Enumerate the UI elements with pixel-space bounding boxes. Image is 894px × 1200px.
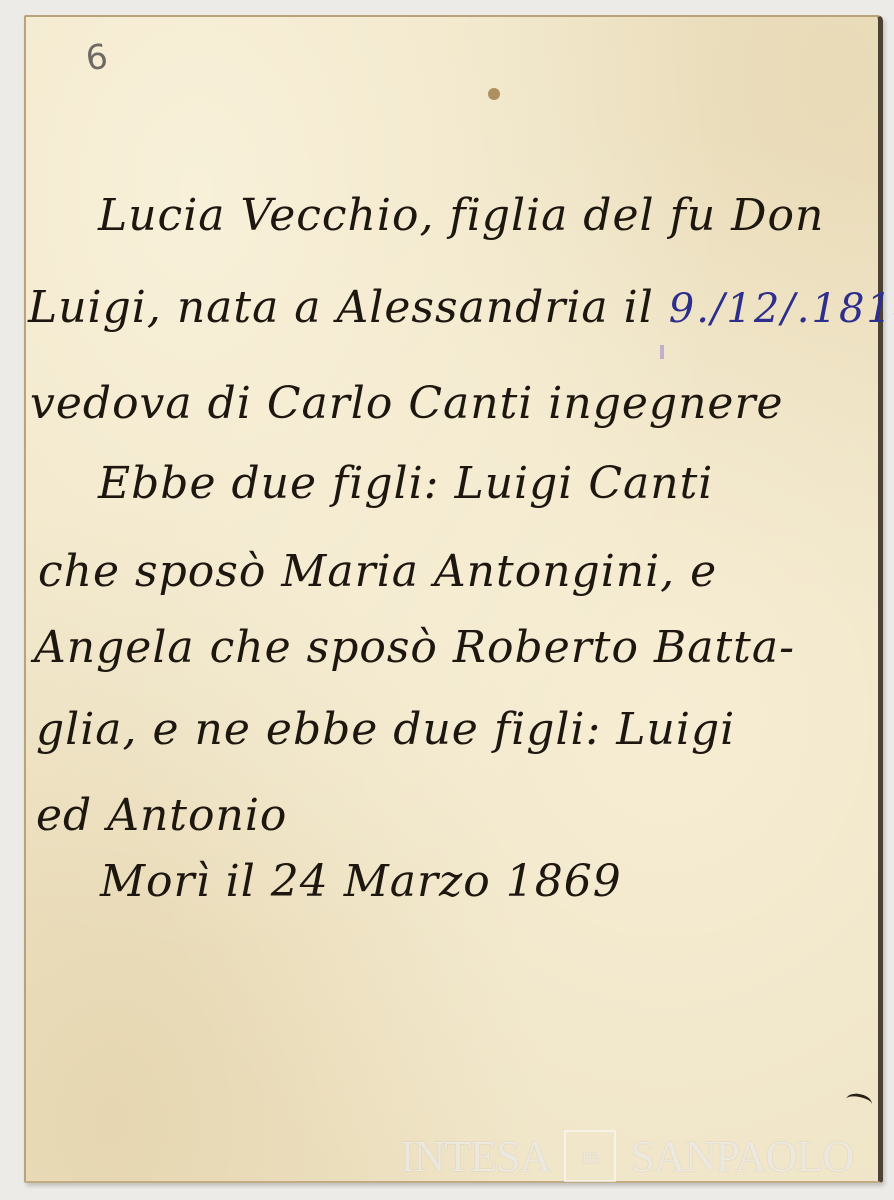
handwritten-line: vedova di Carlo Canti ingegnere bbox=[30, 378, 784, 429]
handwritten-line: Lucia Vecchio, figlia del fu Don bbox=[98, 190, 824, 241]
handwritten-line: Ebbe due figli: Luigi Canti bbox=[98, 458, 713, 509]
bank-logo-icon: m bbox=[564, 1130, 616, 1182]
handwritten-line: glia, e ne ebbe due figli: Luigi bbox=[36, 704, 735, 755]
handwritten-line: che sposò Maria Antongini, e bbox=[38, 546, 717, 597]
foxing-stain bbox=[488, 88, 500, 100]
watermark: INTESA m SANPAOLO bbox=[400, 1130, 853, 1182]
handwritten-line: Angela che sposò Roberto Batta- bbox=[34, 622, 795, 673]
birth-date: 9./12/.1814 bbox=[669, 286, 894, 332]
logo-glyph: m bbox=[582, 1143, 599, 1169]
death-date-line: Morì il 24 Marzo 1869 bbox=[100, 856, 622, 907]
watermark-text-right: SANPAOLO bbox=[630, 1131, 853, 1182]
handwritten-line: ed Antonio bbox=[36, 790, 287, 841]
handwritten-text: Luigi, nata a Alessandria il bbox=[28, 282, 669, 333]
handwritten-line: Luigi, nata a Alessandria il 9./12/.1814 bbox=[28, 282, 894, 333]
watermark-text-left: INTESA bbox=[400, 1131, 550, 1182]
ink-smudge bbox=[660, 345, 664, 359]
